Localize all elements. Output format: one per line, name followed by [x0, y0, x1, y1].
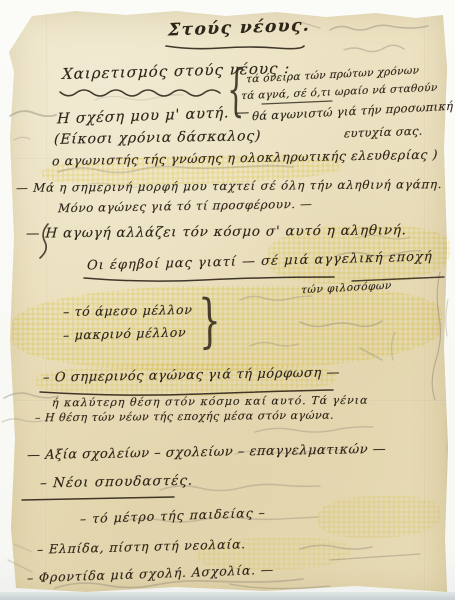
manuscript-line: ή καλύτερη θέση στόν κόσμο καί αυτό. Τά …	[52, 395, 369, 409]
manuscript-line: – μακρινό μέλλον	[63, 326, 187, 342]
manuscript-line: – Η θέση τών νέων τής εποχής μέσα στόν α…	[35, 410, 335, 424]
page-title: Στούς νέους.	[168, 17, 311, 39]
scanned-page: Στούς νέους. Χαιρετισμός στούς νέους : τ…	[0, 0, 455, 600]
manuscript-line: — Η αγωγή αλλάζει τόν κόσμο σ' αυτό η αλ…	[26, 224, 408, 241]
grouping-brace-open: {	[227, 62, 246, 120]
manuscript-line: ευτυχία σας.	[344, 126, 423, 140]
manuscript-line: (Είκοσι χρόνια δάσκαλος)	[54, 129, 262, 147]
manuscript-line: – τό άμεσο μέλλον	[63, 304, 193, 319]
paper-crease	[46, 8, 48, 596]
scan-edge-strip	[0, 592, 455, 600]
paper-crease	[424, 8, 426, 596]
manuscript-line: – Νέοι σπουδαστές.	[40, 475, 194, 491]
grouping-brace-close: }	[198, 291, 221, 350]
